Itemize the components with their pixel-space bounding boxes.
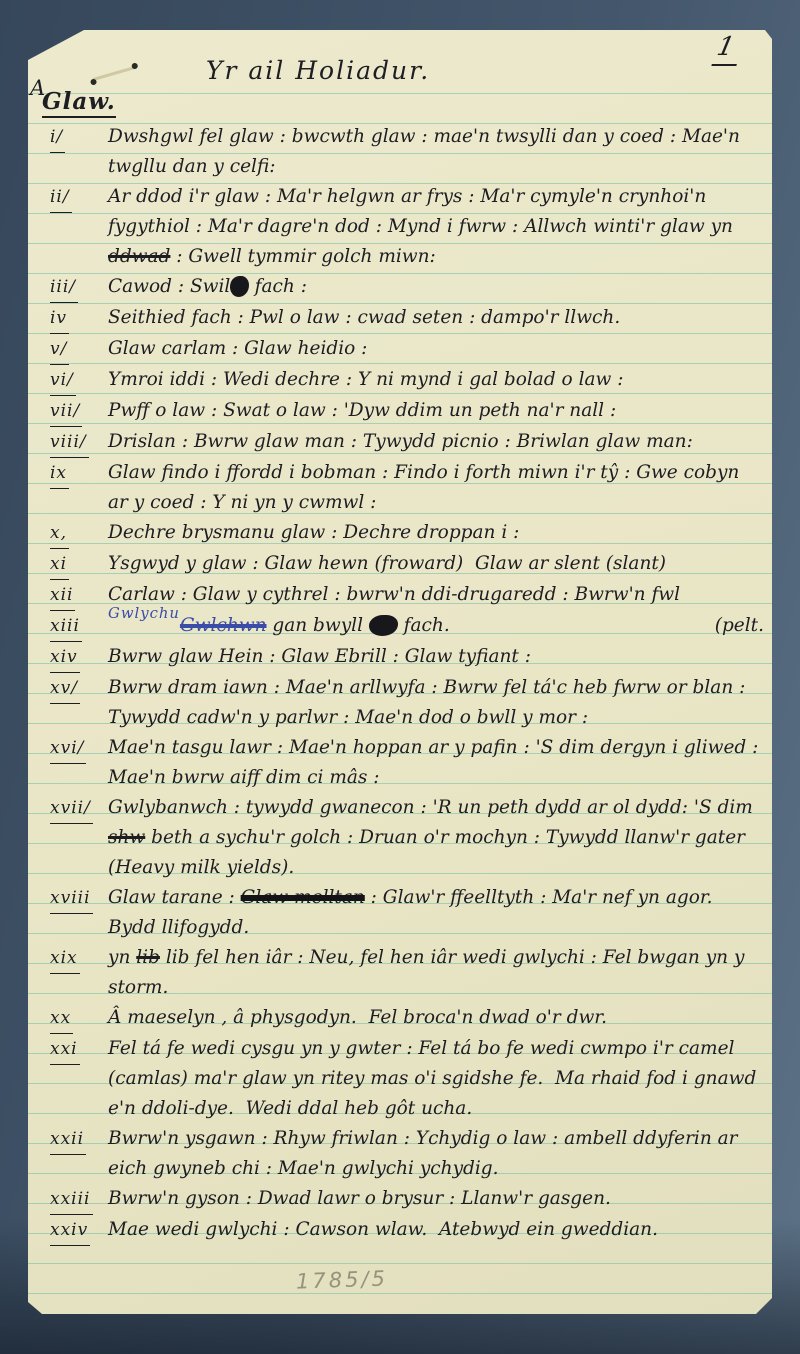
entry-text: yn lib lib fel hen iâr : Neu, fel hen iâ…	[108, 943, 760, 1003]
entry-text: Ysgwyd y glaw : Glaw hewn (froward) Glaw…	[108, 549, 760, 579]
segment-strike: ddwad	[108, 246, 170, 267]
entry-numeral: xii	[50, 580, 108, 611]
entry-numeral: xviii	[50, 883, 108, 914]
entry-row: ix Glaw findo i ffordd i bobman : Findo …	[50, 458, 760, 518]
segment-text: Glaw tarane :	[108, 887, 241, 908]
segment-strike: shw	[108, 827, 145, 848]
segment-text: Carlaw : Glaw y cythrel : bwrw'n ddi-dru…	[108, 584, 680, 605]
entry-row: viii/ Drislan : Bwrw glaw man : Tywydd p…	[50, 427, 760, 458]
entry-text: Cawod : Swilx fach :	[108, 272, 760, 302]
archive-reference: 1785/5	[296, 1266, 389, 1293]
segment-text: Â maeselyn , â physgodyn. Fel broca'n dw…	[108, 1007, 607, 1028]
entry-numeral: xv/	[50, 673, 108, 704]
segment-text: Mae wedi gwlychi : Cawson wlaw. Atebwyd …	[108, 1219, 658, 1240]
segment-noteright: (pelt.	[715, 611, 764, 641]
entry-numeral: xvii/	[50, 793, 108, 824]
section-heading: Glaw.	[42, 88, 116, 118]
segment-text: Ar ddod i'r glaw : Ma'r helgwn ar frys :…	[108, 186, 739, 237]
entry-numeral: xxi	[50, 1034, 108, 1065]
entry-text: Gwlybanwch : tywydd gwanecon : 'R un pet…	[108, 793, 760, 883]
segment-text: Bwrw'n ysgawn : Rhyw friwlan : Ychydig o…	[108, 1128, 743, 1179]
segment-text: Bwrw'n gyson : Dwad lawr o brysur : Llan…	[108, 1188, 611, 1209]
entry-row: xiii GwlychuGwlchwn gan bwyll xx fach.(p…	[50, 611, 760, 642]
entry-numeral: xxiii	[50, 1184, 108, 1215]
entry-text: Bwrw dram iawn : Mae'n arllwyfa : Bwrw f…	[108, 673, 760, 733]
segment-blot: x	[230, 276, 248, 297]
segment-text: Ymroi iddi : Wedi dechre : Y ni mynd i g…	[108, 369, 623, 390]
entry-text: Bwrw glaw Hein : Glaw Ebrill : Glaw tyfi…	[108, 642, 760, 672]
entry-numeral: iv	[50, 303, 108, 334]
entry-row: x, Dechre brysmanu glaw : Dechre droppan…	[50, 518, 760, 549]
entry-row: iv Seithied fach : Pwl o law : cwad sete…	[50, 303, 760, 334]
entry-row: xvii/ Gwlybanwch : tywydd gwanecon : 'R …	[50, 793, 760, 883]
segment-text: Dechre brysmanu glaw : Dechre droppan i …	[108, 522, 519, 543]
entry-text: Glaw findo i ffordd i bobman : Findo i f…	[108, 458, 760, 518]
segment-text: gan bwyll	[267, 615, 369, 636]
entry-numeral: i/	[50, 122, 108, 153]
segment-text: Glaw findo i ffordd i bobman : Findo i f…	[108, 462, 745, 513]
segment-text: : Gwell tymmir golch miwn:	[170, 246, 435, 267]
photo-backdrop: { "page": { "page_number": "1", "title":…	[0, 0, 800, 1354]
segment-text: Mae'n tasgu lawr : Mae'n hoppan ar y paf…	[108, 737, 764, 788]
entry-numeral: v/	[50, 334, 108, 365]
manuscript-page: Yr ail Holiadur. 1 A Glaw. i/ Dwshgwl fe…	[28, 30, 772, 1314]
entry-text: Dechre brysmanu glaw : Dechre droppan i …	[108, 518, 760, 548]
entry-numeral: ix	[50, 458, 108, 489]
segment-blackout: Glaw melltan	[241, 887, 365, 908]
entry-text: Ymroi iddi : Wedi dechre : Y ni mynd i g…	[108, 365, 760, 395]
entry-numeral: iii/	[50, 272, 108, 303]
entry-numeral: vi/	[50, 365, 108, 396]
entry-numeral: xiv	[50, 642, 108, 673]
entry-row: xxi Fel tá fe wedi cysgu yn y gwter : Fe…	[50, 1034, 760, 1124]
segment-text: Drislan : Bwrw glaw man : Tywydd picnio …	[108, 431, 693, 452]
entry-numeral: xiii	[50, 611, 108, 642]
entry-numeral: ii/	[50, 182, 108, 213]
segment-supblue: Gwlychu	[108, 605, 180, 622]
entry-row: vi/ Ymroi iddi : Wedi dechre : Y ni mynd…	[50, 365, 760, 396]
entry-numeral: xxii	[50, 1124, 108, 1155]
segment-text: Dwshgwl fel glaw : bwcwth glaw : mae'n t…	[108, 126, 746, 177]
segment-bluestrike: Gwlchwn	[180, 615, 267, 636]
segment-text: Bwrw dram iawn : Mae'n arllwyfa : Bwrw f…	[108, 677, 751, 728]
entry-text: Bwrw'n gyson : Dwad lawr o brysur : Llan…	[108, 1184, 760, 1214]
segment-text: Fel tá fe wedi cysgu yn y gwter : Fel tá…	[108, 1038, 762, 1119]
segment-text: Gwlybanwch : tywydd gwanecon : 'R un pet…	[108, 797, 759, 818]
entry-text: Carlaw : Glaw y cythrel : bwrw'n ddi-dru…	[108, 580, 760, 610]
segment-text: Bwrw glaw Hein : Glaw Ebrill : Glaw tyfi…	[108, 646, 531, 667]
entry-row: iii/ Cawod : Swilx fach :	[50, 272, 760, 303]
segment-text: fach.	[398, 615, 450, 636]
entry-row: ii/ Ar ddod i'r glaw : Ma'r helgwn ar fr…	[50, 182, 760, 272]
entry-numeral: xix	[50, 943, 108, 974]
entry-row: v/ Glaw carlam : Glaw heidio :	[50, 334, 760, 365]
segment-text: fach :	[249, 276, 307, 297]
entry-row: i/ Dwshgwl fel glaw : bwcwth glaw : mae'…	[50, 122, 760, 182]
entry-row: xvi/ Mae'n tasgu lawr : Mae'n hoppan ar …	[50, 733, 760, 793]
entry-row: xviii Glaw tarane : Glaw melltan : Glaw'…	[50, 883, 760, 943]
entry-numeral: vii/	[50, 396, 108, 427]
segment-text: beth a sychu'r golch : Druan o'r mochyn …	[108, 827, 751, 878]
entry-row: xv/ Bwrw dram iawn : Mae'n arllwyfa : Bw…	[50, 673, 760, 733]
segment-text: Ysgwyd y glaw : Glaw hewn (froward) Glaw…	[108, 553, 666, 574]
page-number-value: 1	[712, 32, 744, 66]
entry-numeral: xi	[50, 549, 108, 580]
page-title: Yr ail Holiadur.	[206, 56, 430, 85]
segment-text: Seithied fach : Pwl o law : cwad seten :…	[108, 307, 620, 328]
page-number: 1	[712, 32, 744, 66]
entry-numeral: viii/	[50, 427, 108, 458]
entry-text: Glaw carlam : Glaw heidio :	[108, 334, 760, 364]
segment-text: Pwff o law : Swat o law : 'Dyw ddim un p…	[108, 400, 616, 421]
entry-text: GwlychuGwlchwn gan bwyll xx fach.(pelt.	[108, 611, 760, 642]
entry-text: Seithied fach : Pwl o law : cwad seten :…	[108, 303, 760, 333]
entry-row: xxiii Bwrw'n gyson : Dwad lawr o brysur …	[50, 1184, 760, 1215]
entry-row: xiv Bwrw glaw Hein : Glaw Ebrill : Glaw …	[50, 642, 760, 673]
segment-strike: lib	[136, 947, 160, 968]
segment-text: yn	[108, 947, 136, 968]
entry-text: Pwff o law : Swat o law : 'Dyw ddim un p…	[108, 396, 760, 426]
entry-row: xix yn lib lib fel hen iâr : Neu, fel he…	[50, 943, 760, 1003]
entry-row: xxii Bwrw'n ysgawn : Rhyw friwlan : Ychy…	[50, 1124, 760, 1184]
entry-text: Dwshgwl fel glaw : bwcwth glaw : mae'n t…	[108, 122, 760, 182]
entry-text: Mae wedi gwlychi : Cawson wlaw. Atebwyd …	[108, 1215, 760, 1245]
segment-text: Glaw carlam : Glaw heidio :	[108, 338, 367, 359]
entries: i/ Dwshgwl fel glaw : bwcwth glaw : mae'…	[50, 122, 760, 1246]
entry-text: Bwrw'n ysgawn : Rhyw friwlan : Ychydig o…	[108, 1124, 760, 1184]
entry-numeral: x,	[50, 518, 108, 549]
entry-numeral: xxiv	[50, 1215, 108, 1246]
entry-text: Â maeselyn , â physgodyn. Fel broca'n dw…	[108, 1003, 760, 1033]
entry-text: Drislan : Bwrw glaw man : Tywydd picnio …	[108, 427, 760, 457]
segment-blot: xx	[369, 615, 398, 636]
entry-text: Fel tá fe wedi cysgu yn y gwter : Fel tá…	[108, 1034, 760, 1124]
staple-mark	[92, 66, 135, 81]
entry-row: vii/ Pwff o law : Swat o law : 'Dyw ddim…	[50, 396, 760, 427]
entry-numeral: xx	[50, 1003, 108, 1034]
entry-text: Glaw tarane : Glaw melltan : Glaw'r ffee…	[108, 883, 760, 943]
entry-row: xi Ysgwyd y glaw : Glaw hewn (froward) G…	[50, 549, 760, 580]
entry-text: Mae'n tasgu lawr : Mae'n hoppan ar y paf…	[108, 733, 760, 793]
entry-text: Ar ddod i'r glaw : Ma'r helgwn ar frys :…	[108, 182, 760, 272]
entry-numeral: xvi/	[50, 733, 108, 764]
entry-row: xx Â maeselyn , â physgodyn. Fel broca'n…	[50, 1003, 760, 1034]
entry-row: xxiv Mae wedi gwlychi : Cawson wlaw. Ate…	[50, 1215, 760, 1246]
segment-text: Cawod : Swil	[108, 276, 230, 297]
segment-text: lib fel hen iâr : Neu, fel hen iâr wedi …	[108, 947, 750, 998]
